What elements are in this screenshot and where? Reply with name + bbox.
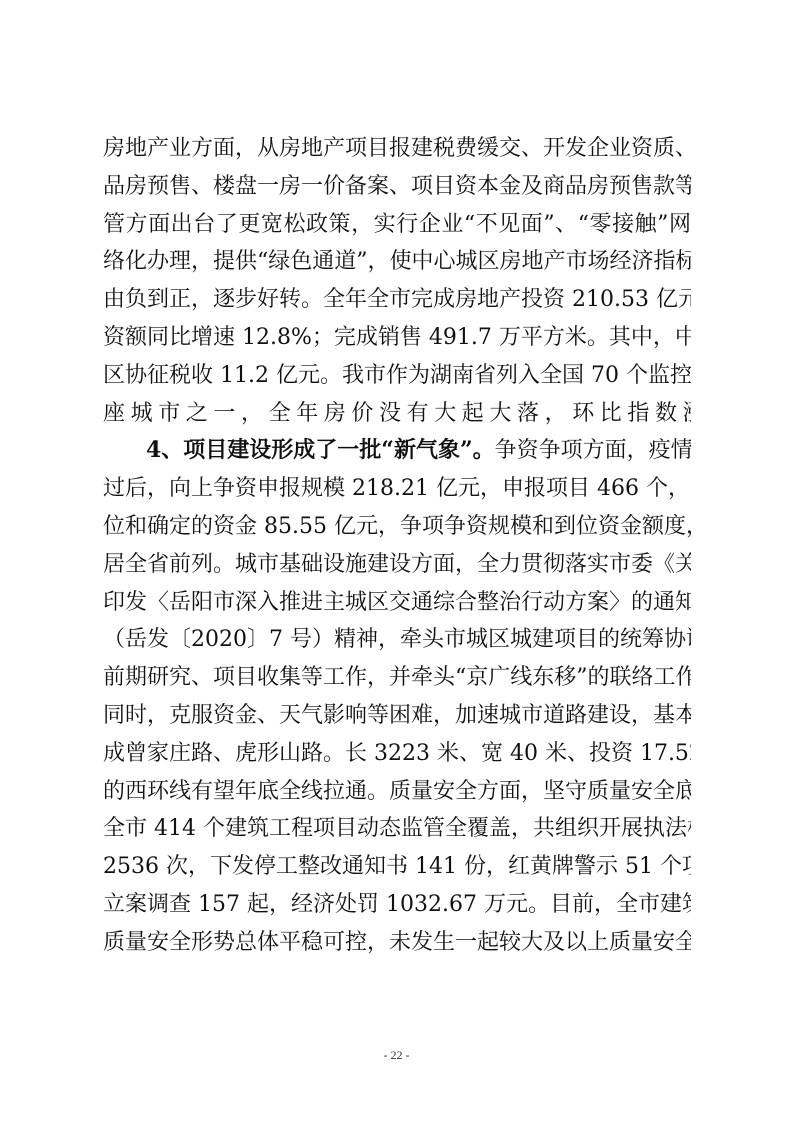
text-line: 2536 次，下发停工整改通知书 141 份，红黄牌警示 51 个项目， [103,848,691,886]
text-line: 位和确定的资金 85.55 亿元，争项争资规模和到位资金额度，均 [103,508,691,546]
text-line: 络化办理，提供“绿色通道”，使中心城区房地产市场经济指标 [103,243,691,281]
body-text: 房地产业方面，从房地产项目报建税费缓交、开发企业资质、商 品房预售、楼盘一房一价… [103,130,691,962]
text-line: 过后，向上争资申报规模 218.21 亿元，申报项目 466 个，已经到 [103,470,691,508]
text-line: 房地产业方面，从房地产项目报建税费缓交、开发企业资质、商 [103,130,691,168]
text-line: 资额同比增速 12.8%；完成销售 491.7 万平方米。其中，中心城 [103,319,691,357]
text-line: 成曾家庄路、虎形山路。长 3223 米、宽 40 米、投资 17.52 亿元 [103,735,691,773]
page-number: - 22 - [0,1048,793,1063]
text-line: （岳发〔2020〕7 号）精神，牵头市城区城建项目的统筹协调、 [103,621,691,659]
text-line: 品房预售、楼盘一房一价备案、项目资本金及商品房预售款等监 [103,168,691,206]
paragraph-first-line: 4、项目建设形成了一批“新气象”。争资争项方面，疫情 [103,432,691,470]
paragraph-project-construction: 4、项目建设形成了一批“新气象”。争资争项方面，疫情 过后，向上争资申报规模 2… [103,432,691,961]
text-line: 质量安全形势总体平稳可控，未发生一起较大及以上质量安全事 [103,924,691,962]
text-run: 争资争项方面，疫情 [495,438,691,463]
document-page: 房地产业方面，从房地产项目报建税费缓交、开发企业资质、商 品房预售、楼盘一房一价… [0,0,793,1122]
text-line: 全市 414 个建筑工程项目动态监管全覆盖，共组织开展执法检查 [103,810,691,848]
text-line: 区协征税收 11.2 亿元。我市作为湖南省列入全国 70 个监控的三 [103,357,691,395]
text-line: 由负到正，逐步好转。全年全市完成房地产投资 210.53 亿元，投 [103,281,691,319]
text-line: 立案调查 157 起，经济处罚 1032.67 万元。目前，全市建筑工程 [103,886,691,924]
text-line: 的西环线有望年底全线拉通。质量安全方面，坚守质量安全底线， [103,773,691,811]
section-heading: 4、项目建设形成了一批“新气象”。 [146,437,495,463]
text-line: 座城市之一，全年房价没有大起大落，环比指数涨跌有序。 [103,395,691,433]
text-line: 同时，克服资金、天气影响等困难，加速城市道路建设，基本建 [103,697,691,735]
text-line: 居全省前列。城市基础设施建设方面，全力贯彻落实市委《关于 [103,546,691,584]
text-line: 印发〈岳阳市深入推进主城区交通综合整治行动方案〉的通知》 [103,584,691,622]
paragraph-real-estate: 房地产业方面，从房地产项目报建税费缓交、开发企业资质、商 品房预售、楼盘一房一价… [103,130,691,432]
text-line: 管方面出台了更宽松政策，实行企业“不见面”、“零接触”网 [103,206,691,244]
text-line: 前期研究、项目收集等工作，并牵头“京广线东移”的联络工作。 [103,659,691,697]
